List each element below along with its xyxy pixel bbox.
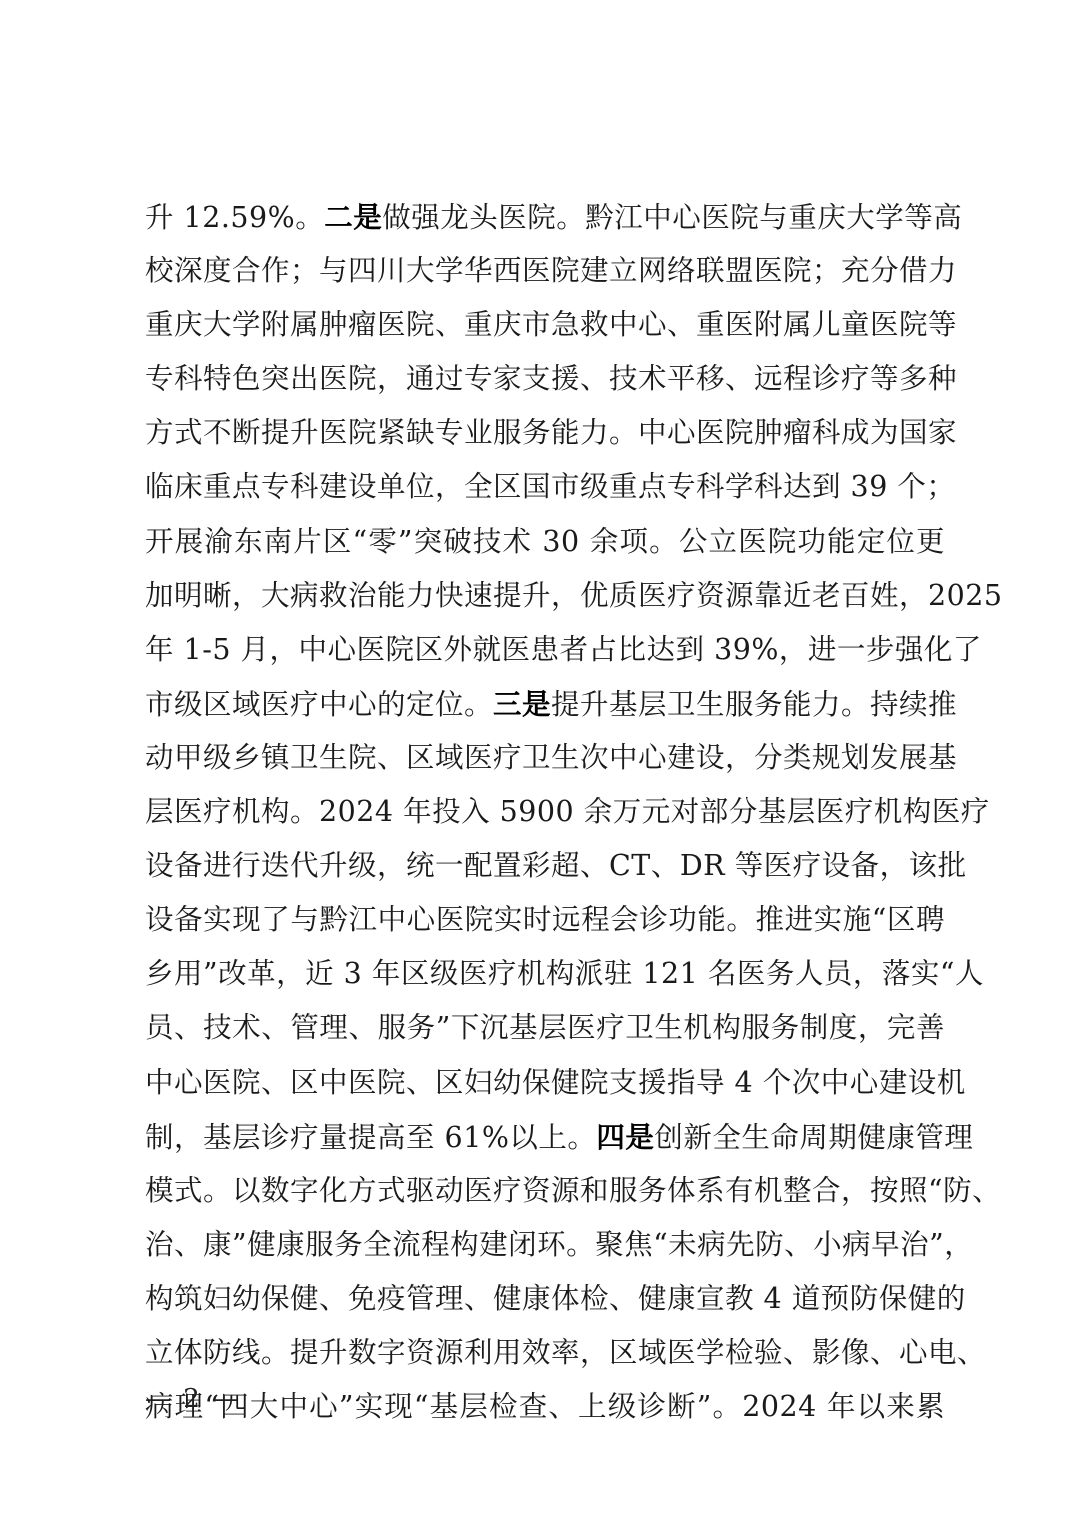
text-line: 临床重点专科建设单位，全区国市级重点专科学科达到 39 个； — [145, 460, 945, 514]
text-segment: 重庆大学附属肿瘤医院、重庆市急救中心、重医附属儿童医院等 — [145, 308, 957, 341]
text-segment: 动甲级乡镇卫生院、区域医疗卫生次中心建设，分类规划发展基 — [145, 741, 957, 774]
text-segment: 中心医院、区中医院、区妇幼保健院支援指导 4 个次中心建设机 — [145, 1066, 966, 1099]
text-segment: 方式不断提升医院紧缺专业服务能力。中心医院肿瘤科成为国家 — [145, 416, 957, 449]
text-segment: 临床重点专科建设单位，全区国市级重点专科学科达到 39 个； — [145, 470, 955, 503]
document-page: 升 12.59%。二是做强龙头医院。黔江中心医院与重庆大学等高校深度合作；与四川… — [0, 0, 1074, 1520]
text-segment: 制，基层诊疗量提高至 61%以上。 — [145, 1121, 596, 1154]
text-line: 治、康”健康服务全流程构建闭环。聚焦“未病先防、小病早治”， — [145, 1218, 945, 1272]
text-line: 重庆大学附属肿瘤医院、重庆市急救中心、重医附属儿童医院等 — [145, 298, 945, 352]
text-segment: 年 1-5 月，中心医院区外就医患者占比达到 39%，进一步强化了 — [145, 633, 982, 666]
text-line: 立体防线。提升数字资源利用效率，区域医学检验、影像、心电、 — [145, 1326, 945, 1380]
text-line: 模式。以数字化方式驱动医疗资源和服务体系有机整合，按照“防、 — [145, 1164, 945, 1218]
emphasis-label: 二是 — [324, 200, 382, 234]
text-segment: 创新全生命周期健康管理 — [654, 1121, 973, 1154]
text-line: 开展渝东南片区“零”突破技术 30 余项。公立医院功能定位更 — [145, 515, 945, 569]
text-line: 制，基层诊疗量提高至 61%以上。四是创新全生命周期健康管理 — [145, 1110, 945, 1164]
text-segment: 升 12.59%。 — [145, 201, 324, 234]
text-line: 专科特色突出医院，通过专家支援、技术平移、远程诊疗等多种 — [145, 352, 945, 406]
text-line: 员、技术、管理、服务”下沉基层医疗卫生机构服务制度，完善 — [145, 1001, 945, 1055]
text-line: 升 12.59%。二是做强龙头医院。黔江中心医院与重庆大学等高 — [145, 190, 945, 244]
text-line: 校深度合作；与四川大学华西医院建立网络联盟医院；充分借力 — [145, 244, 945, 298]
text-segment: 员、技术、管理、服务”下沉基层医疗卫生机构服务制度，完善 — [145, 1011, 945, 1044]
text-segment: 加明晰，大病救治能力快速提升，优质医疗资源靠近老百姓，2025 — [145, 579, 1003, 612]
text-line: 动甲级乡镇卫生院、区域医疗卫生次中心建设，分类规划发展基 — [145, 731, 945, 785]
text-line: 设备进行迭代升级，统一配置彩超、CT、DR 等医疗设备，该批 — [145, 839, 945, 893]
emphasis-label: 四是 — [596, 1120, 654, 1154]
text-segment: 开展渝东南片区“零”突破技术 30 余项。公立医院功能定位更 — [145, 525, 945, 558]
text-segment: 构筑妇幼保健、免疫管理、健康体检、健康宣教 4 道预防保健的 — [145, 1282, 966, 1315]
text-segment: 乡用”改革，近 3 年区级医疗机构派驻 121 名医务人员，落实“人 — [145, 957, 984, 990]
text-segment: 病理“四大中心”实现“基层检查、上级诊断”。2024 年以来累 — [145, 1390, 945, 1423]
text-line: 加明晰，大病救治能力快速提升，优质医疗资源靠近老百姓，2025 — [145, 569, 945, 623]
text-line: 乡用”改革，近 3 年区级医疗机构派驻 121 名医务人员，落实“人 — [145, 947, 945, 1001]
text-segment: 治、康”健康服务全流程构建闭环。聚焦“未病先防、小病早治”， — [145, 1228, 973, 1261]
page-number: — 2 — — [145, 1384, 240, 1414]
text-segment: 设备进行迭代升级，统一配置彩超、CT、DR 等医疗设备，该批 — [145, 849, 967, 882]
text-line: 中心医院、区中医院、区妇幼保健院支援指导 4 个次中心建设机 — [145, 1056, 945, 1110]
text-segment: 提升基层卫生服务能力。持续推 — [551, 688, 957, 721]
text-segment: 市级区域医疗中心的定位。 — [145, 688, 493, 721]
text-segment: 做强龙头医院。黔江中心医院与重庆大学等高 — [382, 201, 962, 234]
text-line: 年 1-5 月，中心医院区外就医患者占比达到 39%，进一步强化了 — [145, 623, 945, 677]
body-paragraph: 升 12.59%。二是做强龙头医院。黔江中心医院与重庆大学等高校深度合作；与四川… — [145, 190, 945, 1434]
text-segment: 校深度合作；与四川大学华西医院建立网络联盟医院；充分借力 — [145, 254, 957, 287]
emphasis-label: 三是 — [493, 687, 551, 721]
text-segment: 立体防线。提升数字资源利用效率，区域医学检验、影像、心电、 — [145, 1336, 986, 1369]
text-segment: 模式。以数字化方式驱动医疗资源和服务体系有机整合，按照“防、 — [145, 1174, 1001, 1207]
text-segment: 设备实现了与黔江中心医院实时远程会诊功能。推进实施“区聘 — [145, 903, 945, 936]
text-segment: 专科特色突出医院，通过专家支援、技术平移、远程诊疗等多种 — [145, 362, 957, 395]
text-line: 市级区域医疗中心的定位。三是提升基层卫生服务能力。持续推 — [145, 677, 945, 731]
text-line: 层医疗机构。2024 年投入 5900 余万元对部分基层医疗机构医疗 — [145, 785, 945, 839]
text-segment: 层医疗机构。2024 年投入 5900 余万元对部分基层医疗机构医疗 — [145, 795, 990, 828]
text-line: 病理“四大中心”实现“基层检查、上级诊断”。2024 年以来累 — [145, 1380, 945, 1434]
text-line: 方式不断提升医院紧缺专业服务能力。中心医院肿瘤科成为国家 — [145, 406, 945, 460]
text-line: 设备实现了与黔江中心医院实时远程会诊功能。推进实施“区聘 — [145, 893, 945, 947]
text-line: 构筑妇幼保健、免疫管理、健康体检、健康宣教 4 道预防保健的 — [145, 1272, 945, 1326]
